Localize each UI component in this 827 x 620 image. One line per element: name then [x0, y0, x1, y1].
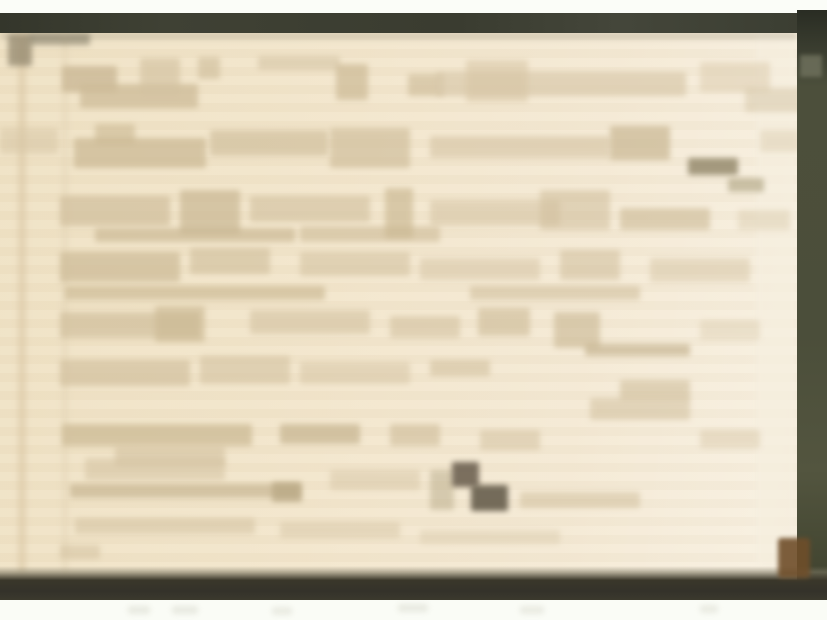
manuscript-mark — [385, 188, 413, 238]
manuscript-mark — [300, 252, 410, 276]
manuscript-mark — [745, 88, 803, 112]
manuscript-mark — [480, 430, 540, 450]
frame-top-border — [0, 13, 827, 33]
frame-right-border — [797, 10, 827, 600]
manuscript-mark — [190, 248, 270, 274]
manuscript-mark — [560, 250, 620, 280]
manuscript-mark — [140, 58, 180, 94]
manuscript-mark — [700, 320, 760, 340]
manuscript-mark — [688, 158, 738, 175]
manuscript-mark — [95, 124, 135, 144]
manuscript-mark — [390, 424, 440, 446]
manuscript-mark — [60, 545, 100, 559]
manuscript-mark — [452, 462, 479, 487]
manuscript-mark — [60, 196, 170, 226]
manuscript-mark — [756, 34, 796, 566]
corner-stain — [778, 538, 810, 578]
manuscript-mark — [280, 522, 400, 538]
manuscript-mark — [700, 430, 760, 448]
manuscript-mark — [728, 178, 764, 192]
manuscript-mark — [250, 310, 370, 334]
manuscript-mark — [210, 130, 328, 156]
manuscript-mark — [62, 424, 252, 446]
manuscript-mark — [760, 130, 800, 152]
manuscript-mark — [198, 57, 220, 79]
manuscript-mark — [520, 492, 640, 508]
manuscript-mark — [466, 60, 528, 102]
manuscript-mark — [430, 470, 454, 510]
manuscript-mark — [128, 606, 150, 614]
manuscript-mark — [60, 252, 180, 282]
frame-highlight-patch — [800, 55, 822, 77]
manuscript-mark — [390, 316, 460, 338]
manuscript-mark — [250, 196, 370, 222]
manuscript-mark — [172, 606, 198, 614]
manuscript-mark — [300, 226, 440, 242]
manuscript-mark — [180, 190, 240, 234]
manuscript-mark — [700, 605, 718, 613]
manuscript-mark — [620, 380, 690, 400]
manuscript-mark — [336, 64, 368, 100]
manuscript-mark — [330, 128, 410, 168]
manuscript-mark — [8, 34, 32, 66]
manuscript-mark — [272, 607, 292, 615]
manuscript-mark — [420, 530, 560, 544]
manuscript-mark — [471, 485, 508, 511]
manuscript-mark — [738, 210, 790, 230]
manuscript-mark — [0, 128, 58, 154]
manuscript-mark — [75, 518, 255, 534]
manuscript-mark — [520, 606, 544, 614]
manuscript-mark — [70, 484, 300, 498]
manuscript-mark — [258, 56, 340, 70]
manuscript-mark — [330, 470, 420, 490]
manuscript-mark — [430, 136, 610, 158]
manuscript-mark — [30, 33, 90, 45]
manuscript-mark — [610, 126, 670, 160]
manuscript-mark — [540, 190, 610, 230]
manuscript-mark — [300, 362, 410, 384]
manuscript-mark — [620, 208, 710, 230]
manuscript-mark — [590, 398, 690, 420]
frame-bottom-border — [0, 566, 827, 600]
manuscript-mark — [80, 84, 198, 108]
manuscript-mark — [18, 34, 26, 574]
manuscript-mark — [585, 344, 690, 356]
manuscript-mark — [74, 138, 206, 168]
manuscript-mark — [650, 258, 750, 282]
manuscript-mark — [430, 360, 490, 376]
manuscript-mark — [62, 34, 68, 574]
manuscript-mark — [85, 458, 225, 480]
manuscript-mark — [420, 258, 540, 280]
manuscript-mark — [200, 356, 290, 384]
smudge-layer — [0, 0, 827, 620]
manuscript-mark — [65, 286, 325, 300]
manuscript-mark — [155, 306, 205, 342]
manuscript-photo — [0, 0, 827, 620]
manuscript-mark — [554, 312, 600, 348]
manuscript-mark — [280, 424, 360, 444]
manuscript-mark — [478, 308, 530, 336]
manuscript-mark — [272, 482, 302, 502]
manuscript-mark — [0, 33, 797, 39]
manuscript-mark — [398, 604, 428, 612]
manuscript-mark — [470, 286, 640, 300]
manuscript-mark — [60, 360, 190, 386]
